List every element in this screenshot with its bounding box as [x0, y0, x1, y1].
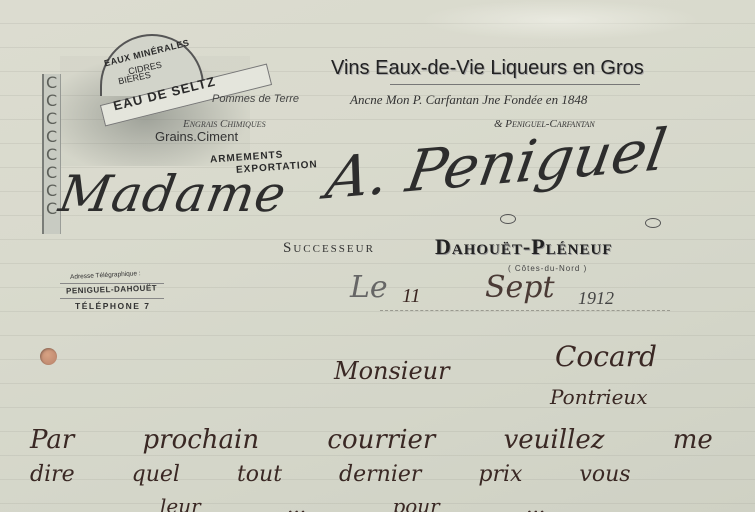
body-line-1: Par prochain courrier veuillez me	[30, 425, 713, 455]
successeur-label: Successeur	[283, 240, 375, 257]
date-year: 1912	[578, 288, 614, 309]
body-line-3: leur ... pour ...	[160, 494, 545, 512]
heading-rule	[390, 84, 640, 85]
body-line-2: dire quel tout dernier prix vous	[30, 462, 631, 487]
location-heading: Dahouët-Pléneuf	[435, 234, 613, 260]
punch-hole	[40, 348, 57, 365]
date-prefix: Le	[350, 270, 388, 305]
telephone-number: TÉLÉPHONE 7	[75, 301, 151, 311]
divider	[60, 298, 164, 299]
date-month: Sept	[485, 270, 555, 305]
product-pommes: Pommes de Terre	[212, 93, 299, 105]
recipient-city: Pontrieux	[550, 385, 648, 409]
flourish-ornament	[645, 218, 661, 228]
name-madame: Madame	[55, 165, 291, 223]
flourish-ornament	[500, 214, 516, 224]
trade-heading: Vins Eaux-de-Vie Liqueurs en Gros	[331, 57, 644, 80]
history-line-1: Ancne Mon P. Carfantan Jne Fondée en 184…	[350, 92, 587, 108]
paper-stain	[420, 0, 700, 40]
salutation: Monsieur	[334, 357, 450, 385]
date-rule	[380, 310, 670, 311]
name-main: A. Peniguel	[322, 116, 672, 213]
recipient-name: Cocard	[555, 340, 657, 373]
date-day: 11	[402, 285, 421, 308]
product-grains: Grains.Ciment	[155, 129, 238, 144]
